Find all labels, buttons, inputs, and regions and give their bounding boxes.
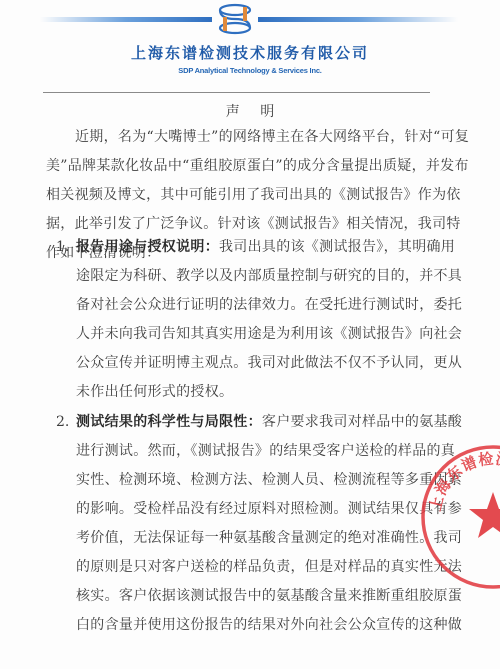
- item-line: 的原则是只对客户送检的样品负责，但是对样品的真实性无法: [56, 553, 486, 582]
- item-line: 人并未向我司告知其真实用途是为利用该《测试报告》向社会: [56, 320, 486, 349]
- list-number: 2.: [56, 408, 69, 437]
- intro-line: 美”品牌某款化妆品中“重组胶原蛋白”的成分含量提出质疑，并发布: [46, 152, 386, 181]
- item-line: 考价值，无法保证每一种氨基酸含量测定的绝对准确性。我司: [56, 524, 486, 553]
- list-item-1: 1. 报告用途与授权说明：我司出具的该《测试报告》，其明确用 途限定为科研、教学…: [56, 233, 486, 407]
- item-line: 途限定为科研、教学以及内部质量控制与研究的目的，并不具: [56, 262, 486, 291]
- letterhead-bar-right: [258, 17, 458, 22]
- company-name-english: SDP Analytical Technology & Services Inc…: [0, 66, 500, 75]
- item-line: 备对社会公众进行证明的法律效力。在受托进行测试时，委托: [56, 291, 486, 320]
- item-line: 核实。客户依据该测试报告中的氨基酸含量来推断重组胶原蛋: [56, 582, 486, 611]
- item-line: 白的含量并使用这份报告的结果对外向社会公众宣传的这种做: [56, 611, 486, 640]
- header-divider: [43, 92, 430, 93]
- item-text: 客户要求我司对样品中的氨基酸: [262, 414, 462, 430]
- item-text: 我司出具的该《测试报告》，其明确用: [219, 239, 455, 255]
- item-line: 未作出任何形式的授权。: [56, 378, 486, 407]
- item-line: 的影响。受检样品没有经过原料对照检测。测试结果仅具有参: [56, 495, 486, 524]
- intro-line: 近期，名为“大嘴博士”的网络博主在各大网络平台，针对“可复: [46, 123, 386, 152]
- item-line: 实性、检测环境、检测方法、检测人员、检测流程等多重因素: [56, 466, 486, 495]
- list-item-2: 2. 测试结果的科学性与局限性：客户要求我司对样品中的氨基酸 进行测试。然而，《…: [56, 408, 486, 640]
- letterhead-bar-left: [40, 17, 212, 22]
- letterhead: 上海东谱检测技术服务有限公司 SDP Analytical Technology…: [0, 0, 500, 92]
- company-logo-icon: [214, 2, 256, 36]
- company-name-chinese: 上海东谱检测技术服务有限公司: [0, 42, 500, 63]
- item-heading: 测试结果的科学性与局限性：: [76, 414, 262, 430]
- item-line: 进行测试。然而，《测试报告》的结果受客户送检的样品的真: [56, 437, 486, 466]
- intro-line: 相关视频及博文，其中可能引用了我司出具的《测试报告》作为依: [46, 181, 386, 210]
- item-first-line: 报告用途与授权说明：我司出具的该《测试报告》，其明确用: [56, 233, 486, 262]
- item-line: 公众宣传并证明博主观点。我司对此做法不仅不予认同，更从: [56, 349, 486, 378]
- item-heading: 报告用途与授权说明：: [76, 239, 219, 255]
- document-title: 声 明: [0, 101, 500, 121]
- item-first-line: 测试结果的科学性与局限性：客户要求我司对样品中的氨基酸: [56, 408, 486, 437]
- list-number: 1.: [56, 233, 69, 262]
